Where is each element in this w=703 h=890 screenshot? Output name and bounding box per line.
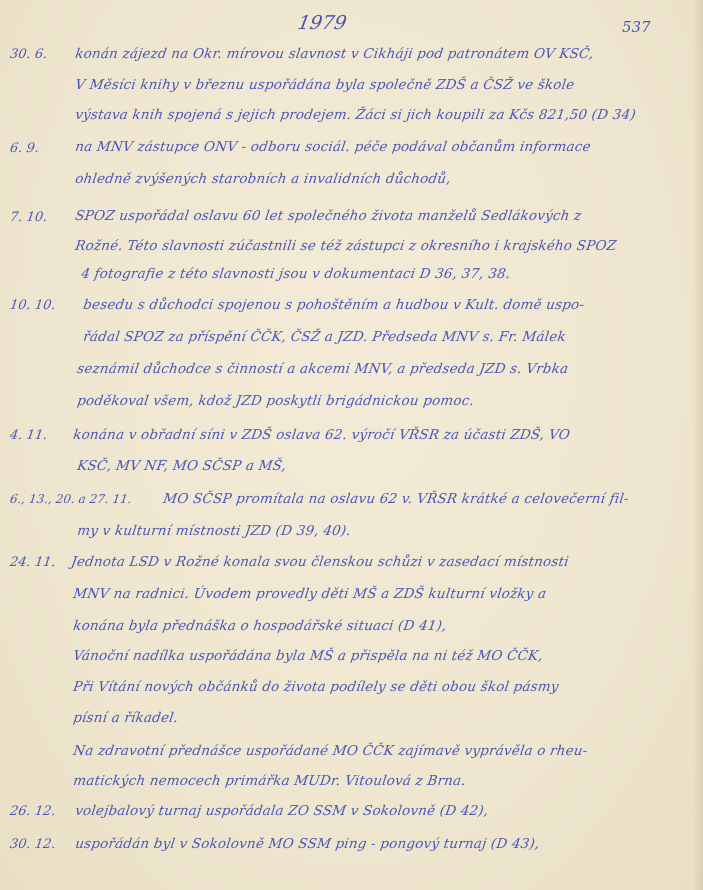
entry-date: 24. 11. xyxy=(9,555,57,570)
entry-line: konána byla přednáška o hospodářské situ… xyxy=(72,617,448,635)
chronicle-page: 1979 537 30. 6. konán zájezd na Okr. mír… xyxy=(0,0,703,890)
entry-line: Při Vítání nových občánků do života podí… xyxy=(72,678,560,696)
entry-line: uspořádán byl v Sokolovně MO SSM ping - … xyxy=(74,835,541,853)
entry-line: MNV na radnici. Úvodem provedly děti MŠ … xyxy=(72,585,548,603)
entry-line: KSČ, MV NF, MO SČSP a MŠ, xyxy=(76,457,287,475)
entry-date: 7. 10. xyxy=(9,210,48,225)
entry-date: 26. 12. xyxy=(9,804,57,819)
entry-line: besedu s důchodci spojenou s pohoštěním … xyxy=(82,296,585,314)
entry-line: Na zdravotní přednášce uspořádané MO ČČK… xyxy=(72,742,589,760)
entry-line: MO SČSP promítala na oslavu 62 v. VŘSR k… xyxy=(162,490,630,508)
entry-line: písní a říkadel. xyxy=(72,709,180,727)
entry-line: řádal SPOZ za příspění ČČK, ČSŽ a JZD. P… xyxy=(82,328,567,346)
entry-line: Rožné. Této slavnosti zúčastnili se též … xyxy=(74,237,618,255)
entry-line: poděkoval všem, kdož JZD poskytli brigád… xyxy=(76,392,475,410)
page-number: 537 xyxy=(622,18,651,36)
entry-line: na MNV zástupce ONV - odboru sociál. péč… xyxy=(74,138,592,156)
entry-line: konána v obřadní síni v ZDŠ oslava 62. v… xyxy=(72,426,571,444)
entry-line: výstava knih spojená s jejich prodejem. … xyxy=(74,106,637,124)
entry-line: V Měsíci knihy v březnu uspořádána byla … xyxy=(74,76,576,94)
entry-date: 6. 9. xyxy=(9,141,40,156)
entry-line: ohledně zvýšených starobních a invalidní… xyxy=(74,170,452,188)
entry-date: 6., 13., 20. a 27. 11. xyxy=(9,492,133,506)
entry-line: Jednota LSD v Rožné konala svou členskou… xyxy=(70,553,570,571)
entry-line: konán zájezd na Okr. mírovou slavnost v … xyxy=(74,45,595,63)
entry-date: 30. 6. xyxy=(9,47,48,62)
entry-line: 4 fotografie z této slavnosti jsou v dok… xyxy=(80,265,512,283)
entry-date: 10. 10. xyxy=(9,298,57,313)
entry-line: Vánoční nadílka uspořádána byla MŠ a při… xyxy=(72,647,544,665)
entry-line: matických nemocech primářka MUDr. Vitoul… xyxy=(72,772,467,790)
entry-line: my v kulturní místnosti JZD (D 39, 40). xyxy=(76,522,352,540)
entry-date: 4. 11. xyxy=(9,428,48,443)
entry-line: seznámil důchodce s činností a akcemi MN… xyxy=(76,360,570,378)
entry-line: SPOZ uspořádal oslavu 60 let společného … xyxy=(74,207,583,225)
entry-date: 30. 12. xyxy=(9,837,57,852)
entry-line: volejbalový turnaj uspořádala ZO SSM v S… xyxy=(74,802,490,820)
page-year: 1979 xyxy=(296,12,348,34)
